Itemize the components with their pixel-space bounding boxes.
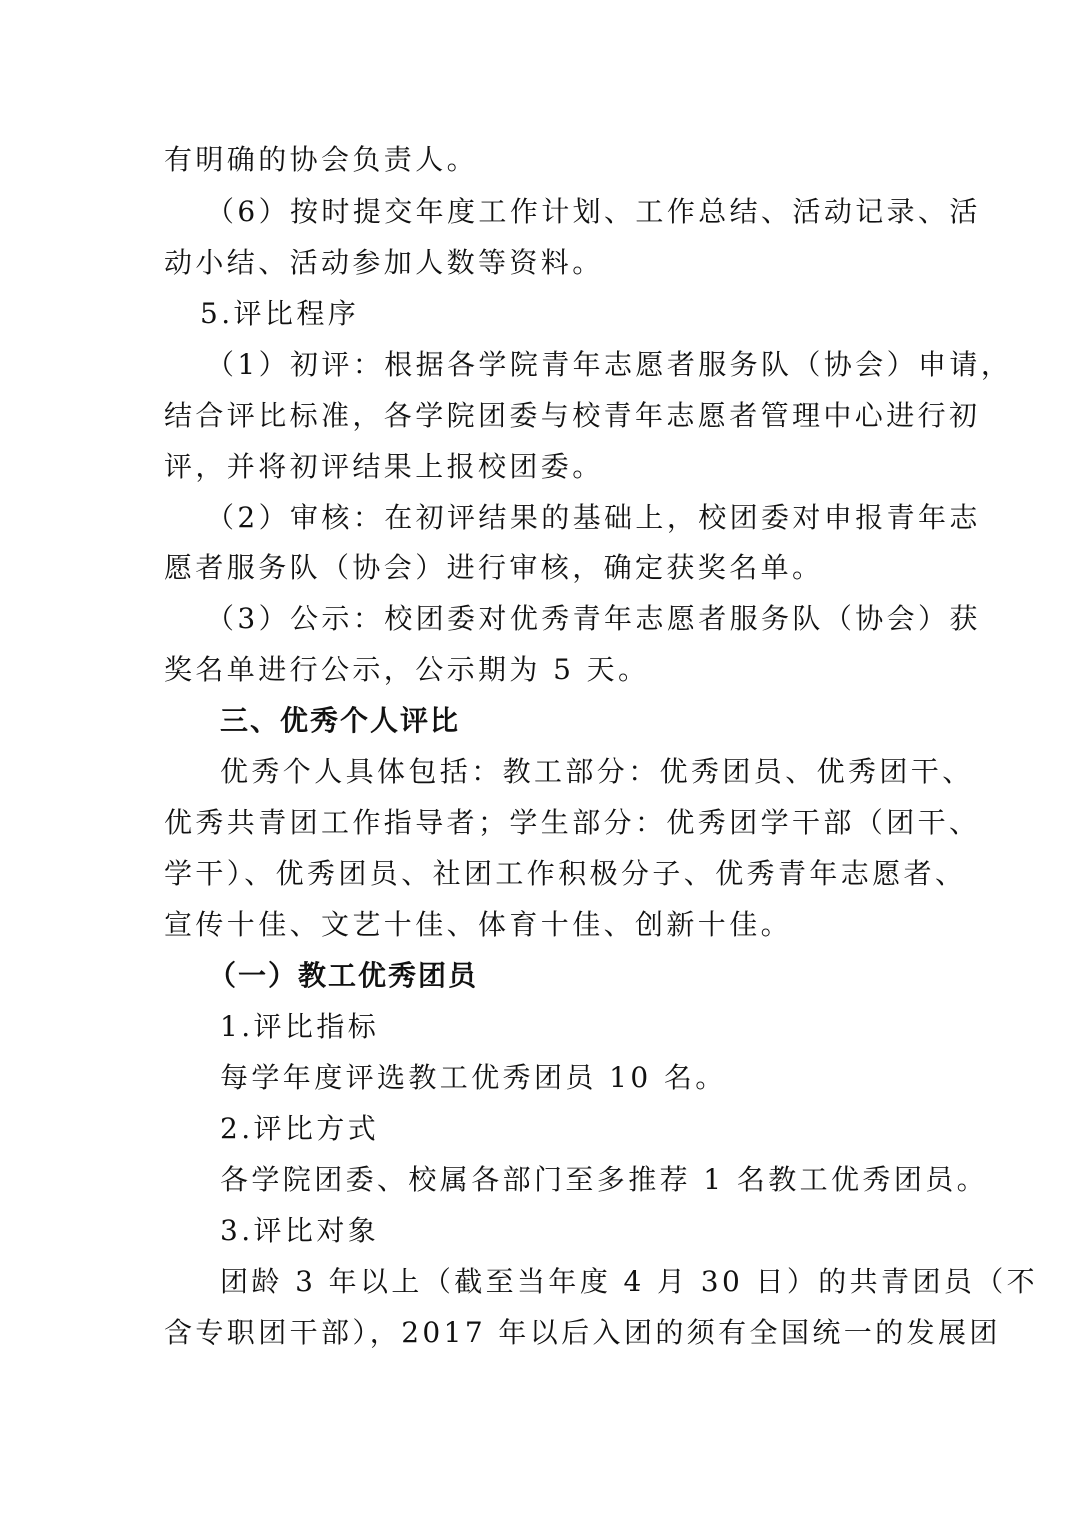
- list-item-line: （3）公示：校团委对优秀青年志愿者服务队（协会）获: [206, 602, 966, 636]
- paragraph-line: 每学年度评选教工优秀团员 10 名。: [220, 1061, 980, 1095]
- paragraph-line: 各学院团委、校属各部门至多推荐 1 名教工优秀团员。: [220, 1163, 980, 1197]
- list-item-line: （1）初评：根据各学院青年志愿者服务队（协会）申请，: [206, 348, 966, 382]
- section-heading: 3.评比对象: [220, 1214, 980, 1248]
- paragraph-line: 评，并将初评结果上报校团委。: [164, 450, 924, 484]
- paragraph-line: 愿者服务队（协会）进行审核，确定获奖名单。: [164, 551, 924, 585]
- list-item-line: （2）审核：在初评结果的基础上，校团委对申报青年志: [206, 501, 966, 535]
- paragraph-line: 学干）、优秀团员、社团工作积极分子、优秀青年志愿者、: [164, 857, 924, 891]
- paragraph-line: 宣传十佳、文艺十佳、体育十佳、创新十佳。: [164, 908, 924, 942]
- section-heading: 1.评比指标: [220, 1010, 980, 1044]
- document-page: 有明确的协会负责人。 （6）按时提交年度工作计划、工作总结、活动记录、活 动小结…: [0, 0, 1074, 1520]
- paragraph-line: 结合评比标准，各学院团委与校青年志愿者管理中心进行初: [164, 399, 924, 433]
- paragraph-line: 优秀共青团工作指导者；学生部分：优秀团学干部（团干、: [164, 806, 924, 840]
- section-heading: 2.评比方式: [220, 1112, 980, 1146]
- paragraph-line: 优秀个人具体包括：教工部分：优秀团员、优秀团干、: [220, 755, 980, 789]
- subsection-heading: （一）教工优秀团员: [208, 959, 968, 993]
- paragraph-line: 奖名单进行公示，公示期为 5 天。: [164, 653, 924, 687]
- section-heading: 5.评比程序: [200, 297, 960, 331]
- paragraph-line: 有明确的协会负责人。: [164, 143, 924, 177]
- chapter-heading: 三、优秀个人评比: [220, 704, 980, 738]
- paragraph-line: 动小结、活动参加人数等资料。: [164, 246, 924, 280]
- list-item-line: （6）按时提交年度工作计划、工作总结、活动记录、活: [206, 195, 966, 229]
- paragraph-line: 团龄 3 年以上（截至当年度 4 月 30 日）的共青团员（不: [220, 1265, 980, 1299]
- paragraph-line: 含专职团干部），2017 年以后入团的须有全国统一的发展团: [164, 1316, 924, 1350]
